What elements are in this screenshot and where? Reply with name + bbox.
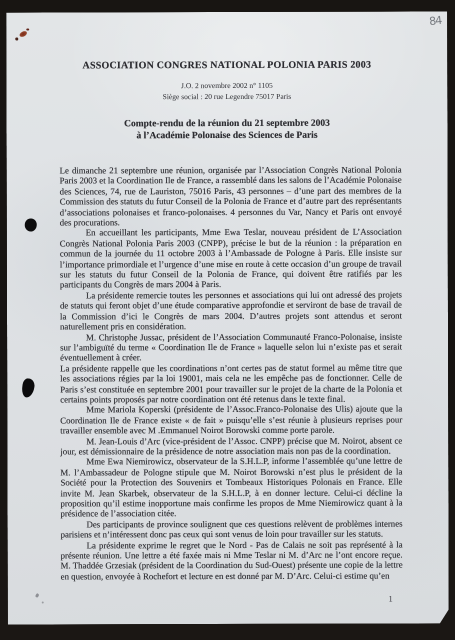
paragraph: Mme Mariola Koperski (présidente de l’As… — [60, 404, 402, 436]
document-body: Le dimanche 21 septembre une réunion, or… — [60, 165, 403, 582]
paragraph: M. Christophe Jussac, président de l’Ass… — [60, 331, 402, 363]
subject-line-2: à l’Académie Polonaise des Sciences de P… — [7, 130, 448, 143]
paragraph: La présidente exprime le regret que le N… — [61, 539, 403, 582]
paragraph: Mme Ewa Niemirowicz, observateur de la S… — [60, 456, 402, 519]
paragraph: La présidente rappelle que les coordinat… — [60, 362, 402, 405]
paragraph: Le dimanche 21 septembre une réunion, or… — [60, 165, 402, 228]
paper-speck — [42, 601, 44, 603]
scanner-background: 84 ASSOCIATION CONGRES NATIONAL POLONIA … — [0, 0, 455, 640]
siege-social-line: Siège social : 20 rue Legendre 75017 Par… — [6, 91, 447, 101]
paragraph: En accueillant les participants, Mme Ewa… — [60, 227, 402, 290]
document-title: ASSOCIATION CONGRES NATIONAL POLONIA PAR… — [6, 59, 447, 71]
ink-stain-speck — [15, 38, 18, 41]
ink-stain-blob — [19, 30, 28, 38]
paragraph: La présidente remercie toutes les person… — [60, 289, 402, 332]
ink-stain-speck — [26, 29, 29, 31]
document-subject: Compte-rendu de la réunion du 21 septemb… — [6, 118, 447, 142]
page-number: 1 — [388, 594, 392, 604]
document-page: 84 ASSOCIATION CONGRES NATIONAL POLONIA … — [6, 11, 449, 624]
punch-hole-mark — [21, 378, 35, 398]
paragraph: Des participants de province soulignent … — [61, 518, 403, 540]
ink-stain — [14, 28, 30, 42]
handwritten-page-number: 84 — [429, 14, 442, 28]
document-header: ASSOCIATION CONGRES NATIONAL POLONIA PAR… — [6, 11, 447, 142]
paragraph: M. Jean-Louis d’Arc (vice-président de l… — [60, 435, 402, 457]
paper-speck — [35, 593, 40, 598]
punch-hole-mark — [25, 218, 37, 231]
journal-officiel-line: J.O. 2 novembre 2002 n° 1105 — [6, 80, 447, 90]
